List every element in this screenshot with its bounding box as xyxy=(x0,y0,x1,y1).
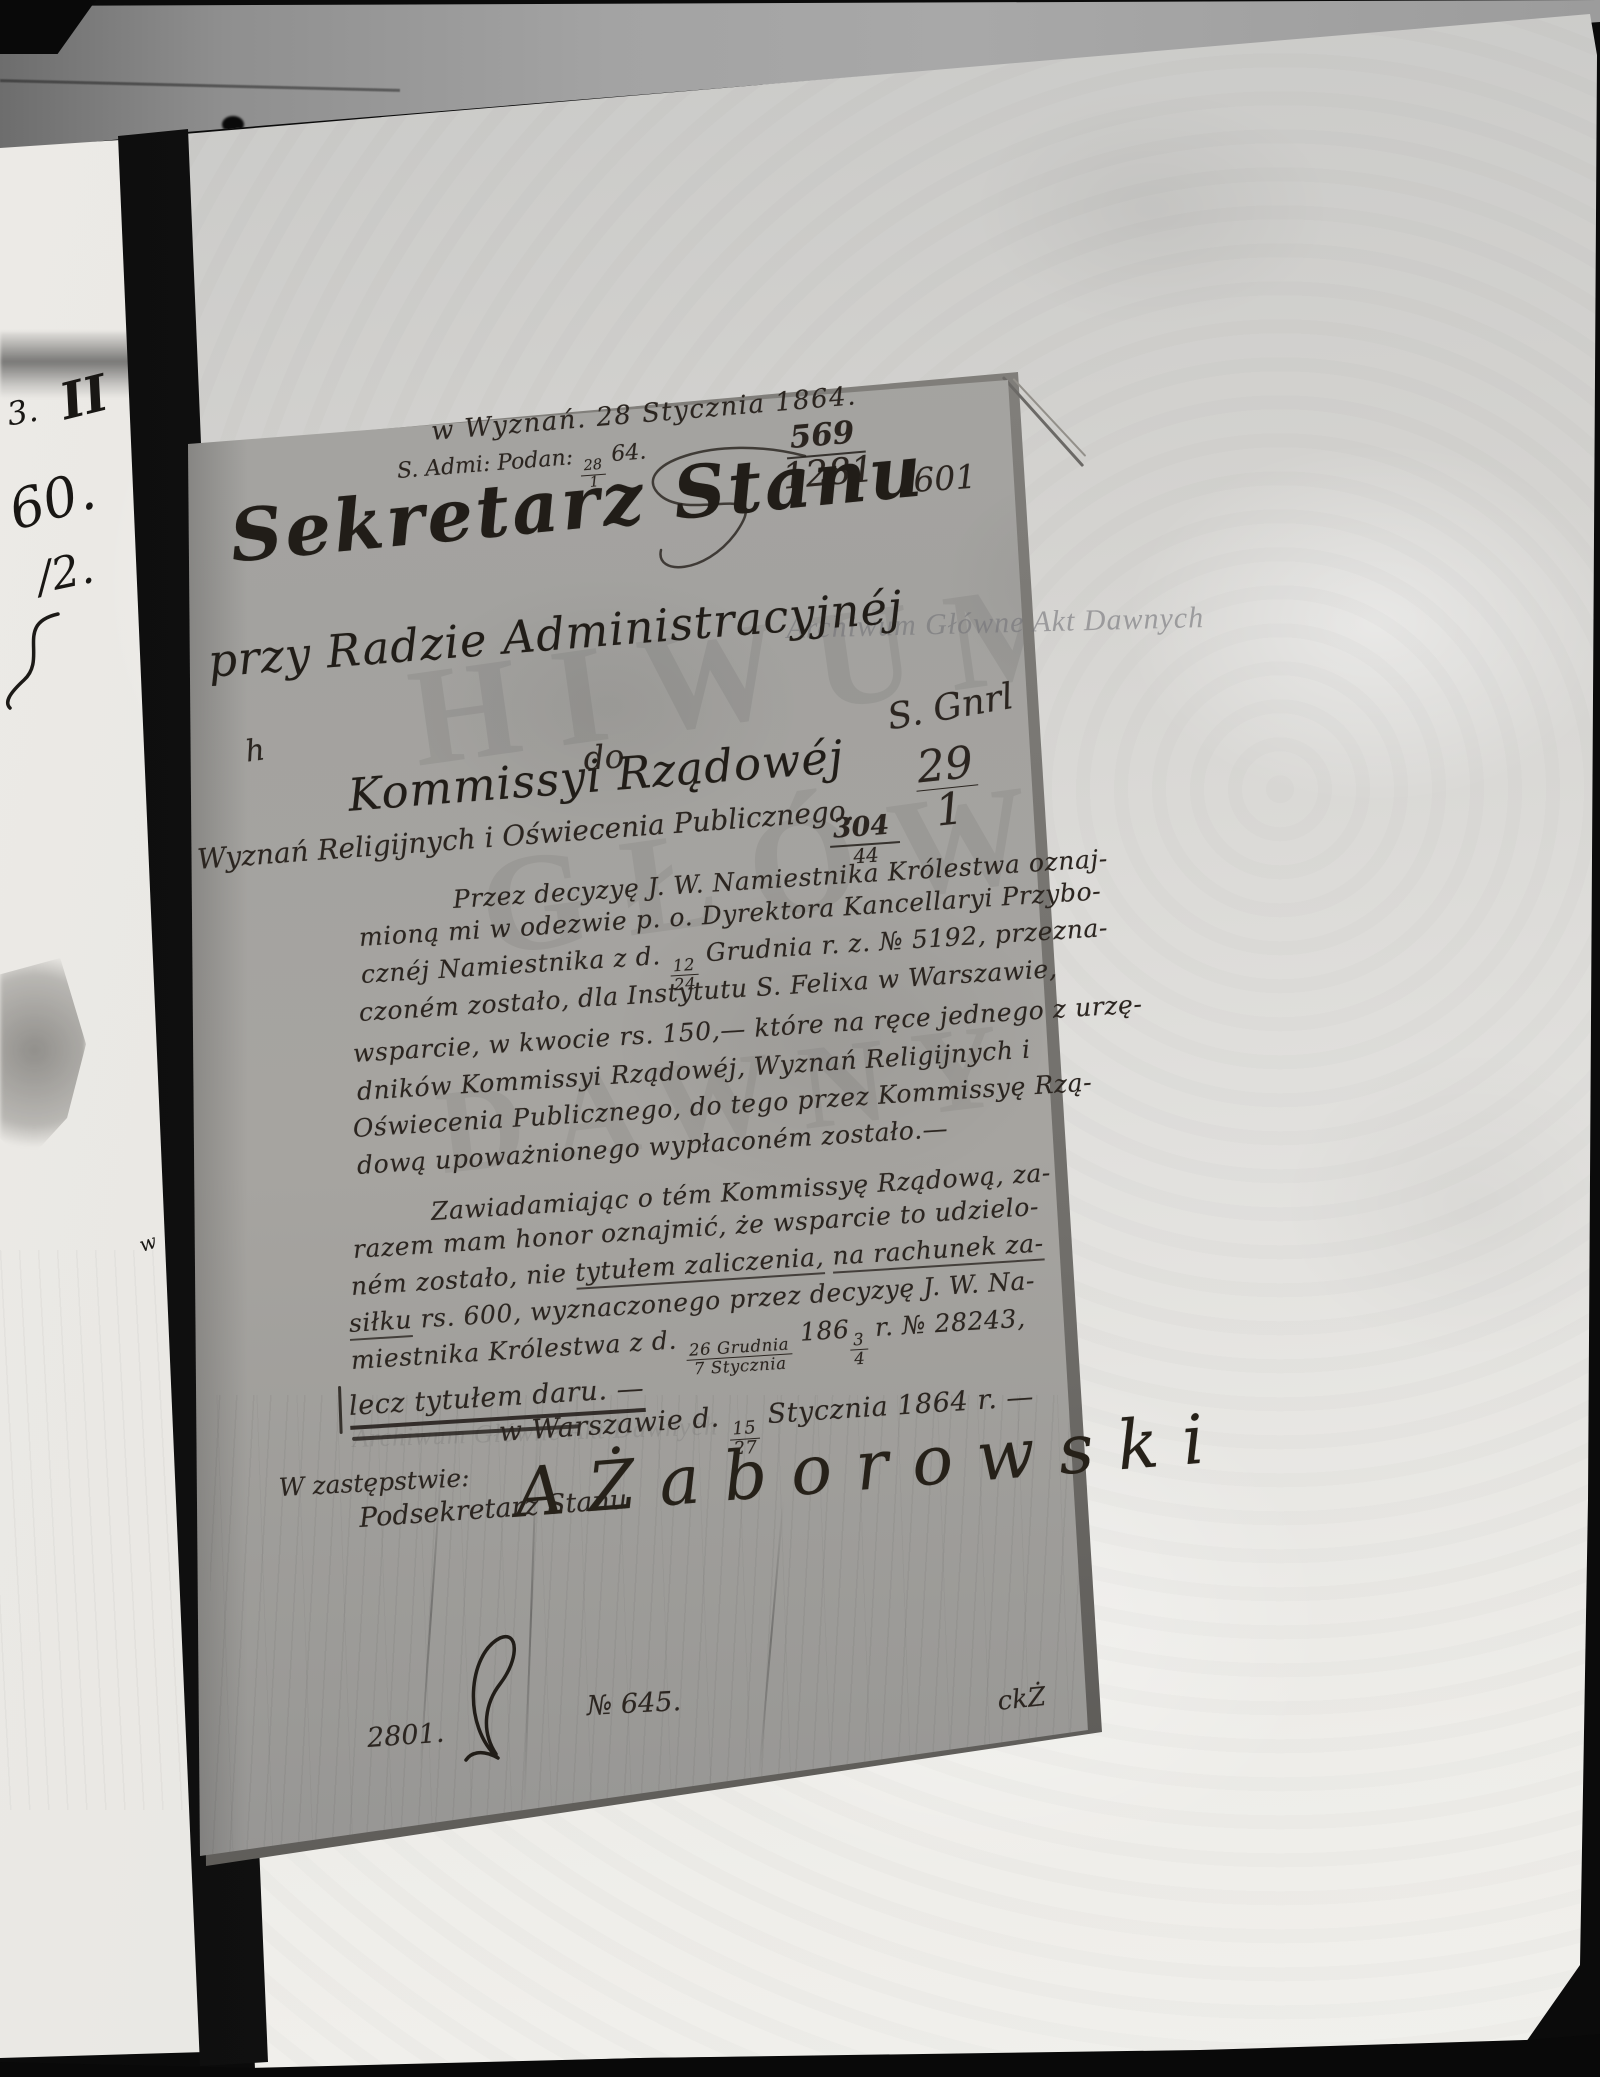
fraction-bottom: 4 xyxy=(854,1350,866,1367)
fraction-top: 304 xyxy=(828,811,900,848)
margin-date-fraction: 29 1 xyxy=(912,742,983,835)
paper-stain xyxy=(0,958,86,1163)
date-fraction: 26 Grudnia7 Stycznia xyxy=(686,1336,794,1377)
footer-doc-number: № 645. xyxy=(586,1685,682,1724)
crease-line xyxy=(0,79,400,91)
footer-initials: ckŻ xyxy=(996,1681,1048,1718)
archival-document-photograph: 3. II 60. /2. w HIWUM GŁÓW DAWNY Archiwu… xyxy=(0,0,1600,2077)
left-page-fragment-number: 3. xyxy=(4,391,41,434)
underlined-text: siłku xyxy=(348,1305,413,1341)
footer-reg-number: 2801. xyxy=(366,1717,445,1756)
fraction-bottom: 1 xyxy=(933,787,965,832)
footer-paraph xyxy=(440,1630,524,1762)
year-fraction: 34 xyxy=(850,1332,869,1367)
body-text: 186 xyxy=(791,1315,851,1348)
left-page-flourish xyxy=(0,610,64,710)
